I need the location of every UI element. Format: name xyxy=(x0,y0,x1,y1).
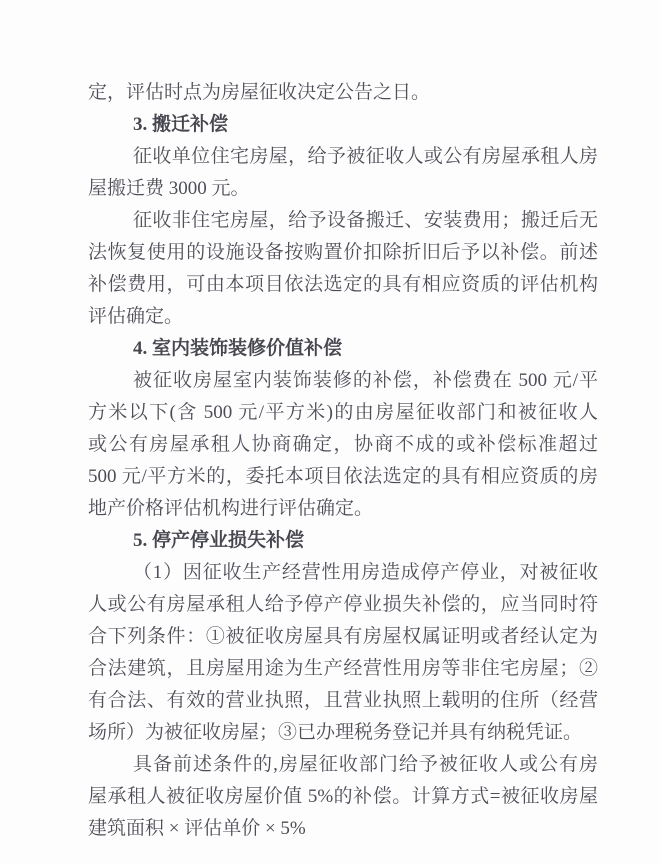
text-line: 屋搬迁费 3000 元。 xyxy=(88,173,598,205)
text-line: 被征收房屋室内装饰装修的补偿，补偿费在 500 元/平 xyxy=(88,365,598,397)
text-line: （1）因征收生产经营性用房造成停产停业，对被征收 xyxy=(88,557,598,589)
text-line: 有合法、有效的营业执照，且营业执照上载明的住所（经营 xyxy=(88,685,598,717)
text-line: 500 元/平方米的，委托本项目依法选定的具有相应资质的房 xyxy=(88,461,598,493)
text-line: 屋承租人被征收房屋价值 5%的补偿。计算方式=被征收房屋 xyxy=(88,781,598,813)
text-line: 地产价格评估机构进行评估确定。 xyxy=(88,493,598,525)
text-line: 方米以下(含 500 元/平方米)的由房屋征收部门和被征收人 xyxy=(88,397,598,429)
text-line: 征收单位住宅房屋，给予被征收人或公有房屋承租人房 xyxy=(88,141,598,173)
text-line: 征收非住宅房屋，给予设备搬迁、安装费用；搬迁后无 xyxy=(88,205,598,237)
text-line: 合下列条件：①被征收房屋具有房屋权属证明或者经认定为 xyxy=(88,621,598,653)
document-page: 定，评估时点为房屋征收决定公告之日。 3. 搬迁补偿 征收单位住宅房屋，给予被征… xyxy=(0,0,660,864)
document-text-block: 定，评估时点为房屋征收决定公告之日。 3. 搬迁补偿 征收单位住宅房屋，给予被征… xyxy=(88,77,598,845)
text-line: 定，评估时点为房屋征收决定公告之日。 xyxy=(88,77,598,109)
text-line: 或公有房屋承租人协商确定，协商不成的或补偿标准超过 xyxy=(88,429,598,461)
text-line: 具备前述条件的,房屋征收部门给予被征收人或公有房 xyxy=(88,749,598,781)
section-heading: 4. 室内装饰装修价值补偿 xyxy=(88,333,598,365)
text-line: 人或公有房屋承租人给予停产停业损失补偿的，应当同时符 xyxy=(88,589,598,621)
section-heading: 5. 停产停业损失补偿 xyxy=(88,525,598,557)
text-line: 评估确定。 xyxy=(88,301,598,333)
text-line: 法恢复使用的设施设备按购置价扣除折旧后予以补偿。前述 xyxy=(88,237,598,269)
text-line: 补偿费用，可由本项目依法选定的具有相应资质的评估机构 xyxy=(88,269,598,301)
text-line: 合法建筑，且房屋用途为生产经营性用房等非住宅房屋；② xyxy=(88,653,598,685)
section-heading: 3. 搬迁补偿 xyxy=(88,109,598,141)
text-line: 建筑面积 × 评估单价 × 5% xyxy=(88,813,598,845)
text-line: 场所）为被征收房屋；③已办理税务登记并具有纳税凭证。 xyxy=(88,717,598,749)
